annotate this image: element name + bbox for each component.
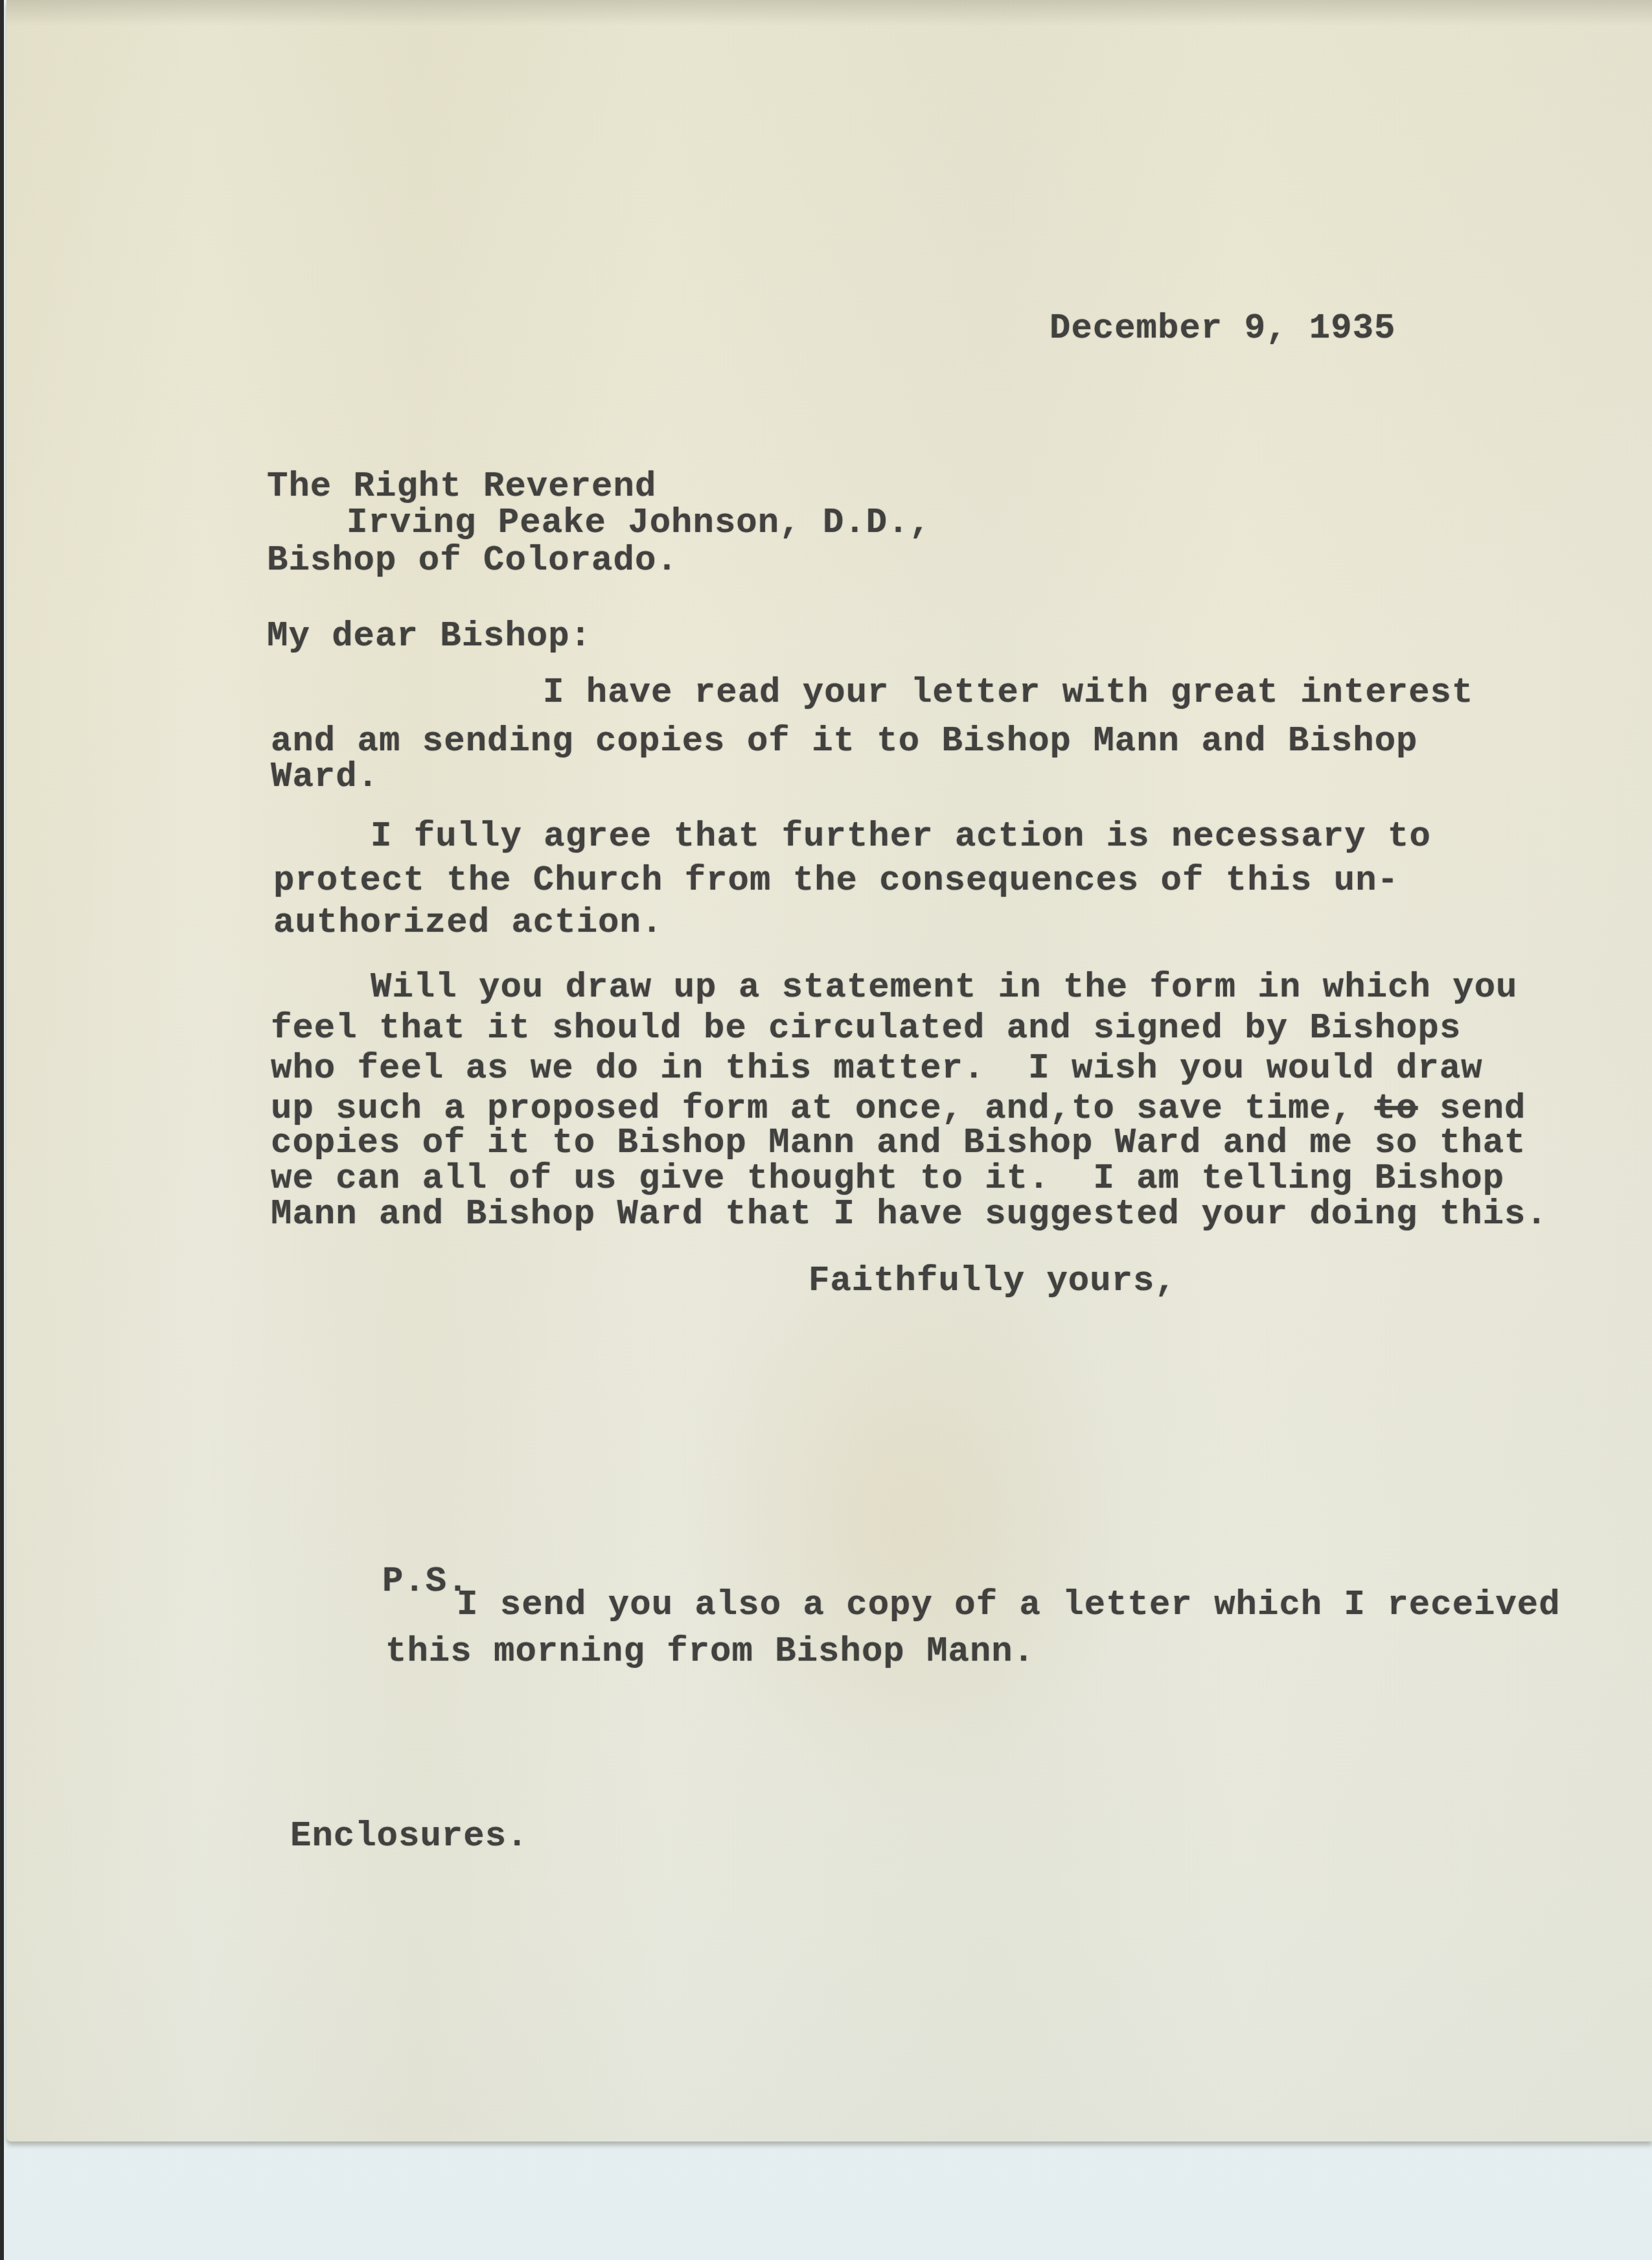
paragraph-line: Mann and Bishop Ward that I have suggest… bbox=[271, 1195, 1548, 1234]
paragraph-line: I fully agree that further action is nec… bbox=[371, 818, 1431, 857]
paragraph-line: we can all of us give thought to it. I a… bbox=[271, 1160, 1504, 1199]
paper-shadow bbox=[6, 0, 1652, 26]
paragraph-line: protect the Church from the consequences… bbox=[273, 862, 1399, 901]
postscript-line: this morning from Bishop Mann. bbox=[385, 1633, 1035, 1672]
paragraph-line: copies of it to Bishop Mann and Bishop W… bbox=[271, 1124, 1526, 1163]
paragraph-line: feel that it should be circulated and si… bbox=[271, 1009, 1461, 1048]
paragraph-line: who feel as we do in this matter. I wish… bbox=[271, 1050, 1483, 1089]
line-text-end: send bbox=[1417, 1089, 1526, 1129]
paragraph-line: up such a proposed form at once, and,to … bbox=[271, 1090, 1526, 1129]
recipient-title: The Right Reverend bbox=[267, 468, 656, 507]
line-text: up such a proposed form at once, and,to … bbox=[271, 1089, 1375, 1129]
postscript-line: I send you also a copy of a letter which… bbox=[457, 1586, 1561, 1625]
scanner-edge bbox=[0, 0, 4, 2260]
letter-date: December 9, 1935 bbox=[1050, 310, 1395, 349]
enclosures-note: Enclosures. bbox=[290, 1817, 528, 1856]
paragraph-line: I have read your letter with great inter… bbox=[543, 674, 1473, 713]
postscript-label: P.S. bbox=[382, 1563, 469, 1602]
recipient-name: Irving Peake Johnson, D.D., bbox=[347, 504, 931, 543]
struck-word: to bbox=[1375, 1089, 1418, 1129]
recipient-office: Bishop of Colorado. bbox=[267, 542, 678, 581]
paragraph-line: Will you draw up a statement in the form… bbox=[371, 969, 1517, 1008]
paragraph-line: and am sending copies of it to Bishop Ma… bbox=[271, 722, 1417, 761]
paragraph-line: Ward. bbox=[271, 758, 379, 797]
salutation: My dear Bishop: bbox=[267, 617, 591, 656]
paragraph-line: authorized action. bbox=[273, 904, 663, 943]
closing: Faithfully yours, bbox=[809, 1262, 1176, 1301]
